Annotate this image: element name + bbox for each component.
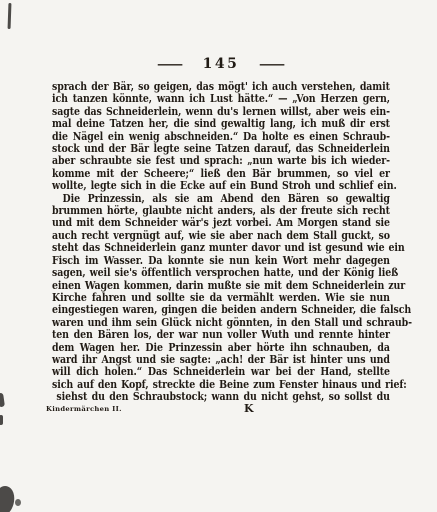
text-line: eingestiegen waren, gingen die beiden an… [52,304,390,316]
text-line: ich tanzen könnte, wann ich Lust hätte.“… [52,93,390,105]
text-line: sagen, weil sie's öffentlich versprochen… [52,267,390,279]
scan-artifact [15,499,21,506]
scan-artifact [0,415,3,425]
text-line: ten den Bären los, der war nun voller Wu… [52,329,390,341]
text-line: und mit dem Schneider wär's jezt vorbei.… [52,217,390,229]
scan-artifact [0,484,18,512]
running-head: — 145 — [52,56,390,72]
text-line: aber schraubte sie fest und sprach: „nun… [52,155,390,167]
text-line: siehst du den Schraubstock; wann du nich… [52,391,390,403]
scan-artifact [0,393,5,408]
header-dash-right: — [259,58,287,70]
body-text: sprach der Bär, so geigen, das mögt' ich… [52,81,390,404]
footer-signature-mark: K [244,402,254,415]
book-page: — 145 — sprach der Bär, so geigen, das m… [0,0,437,512]
text-line: mal deine Tatzen her, die sind gewaltig … [52,118,390,130]
page-number: 145 [203,56,240,72]
header-dash-left: — [156,58,184,70]
text-line: steht das Schneiderlein ganz munter davo… [52,242,390,254]
text-line: wollte, legte sich in die Ecke auf ein B… [52,180,390,192]
scan-artifact [8,3,12,29]
footer-volume-label: Kindermärchen II. [46,405,122,413]
text-line: will dich holen.“ Das Schneiderlein war … [52,366,390,378]
